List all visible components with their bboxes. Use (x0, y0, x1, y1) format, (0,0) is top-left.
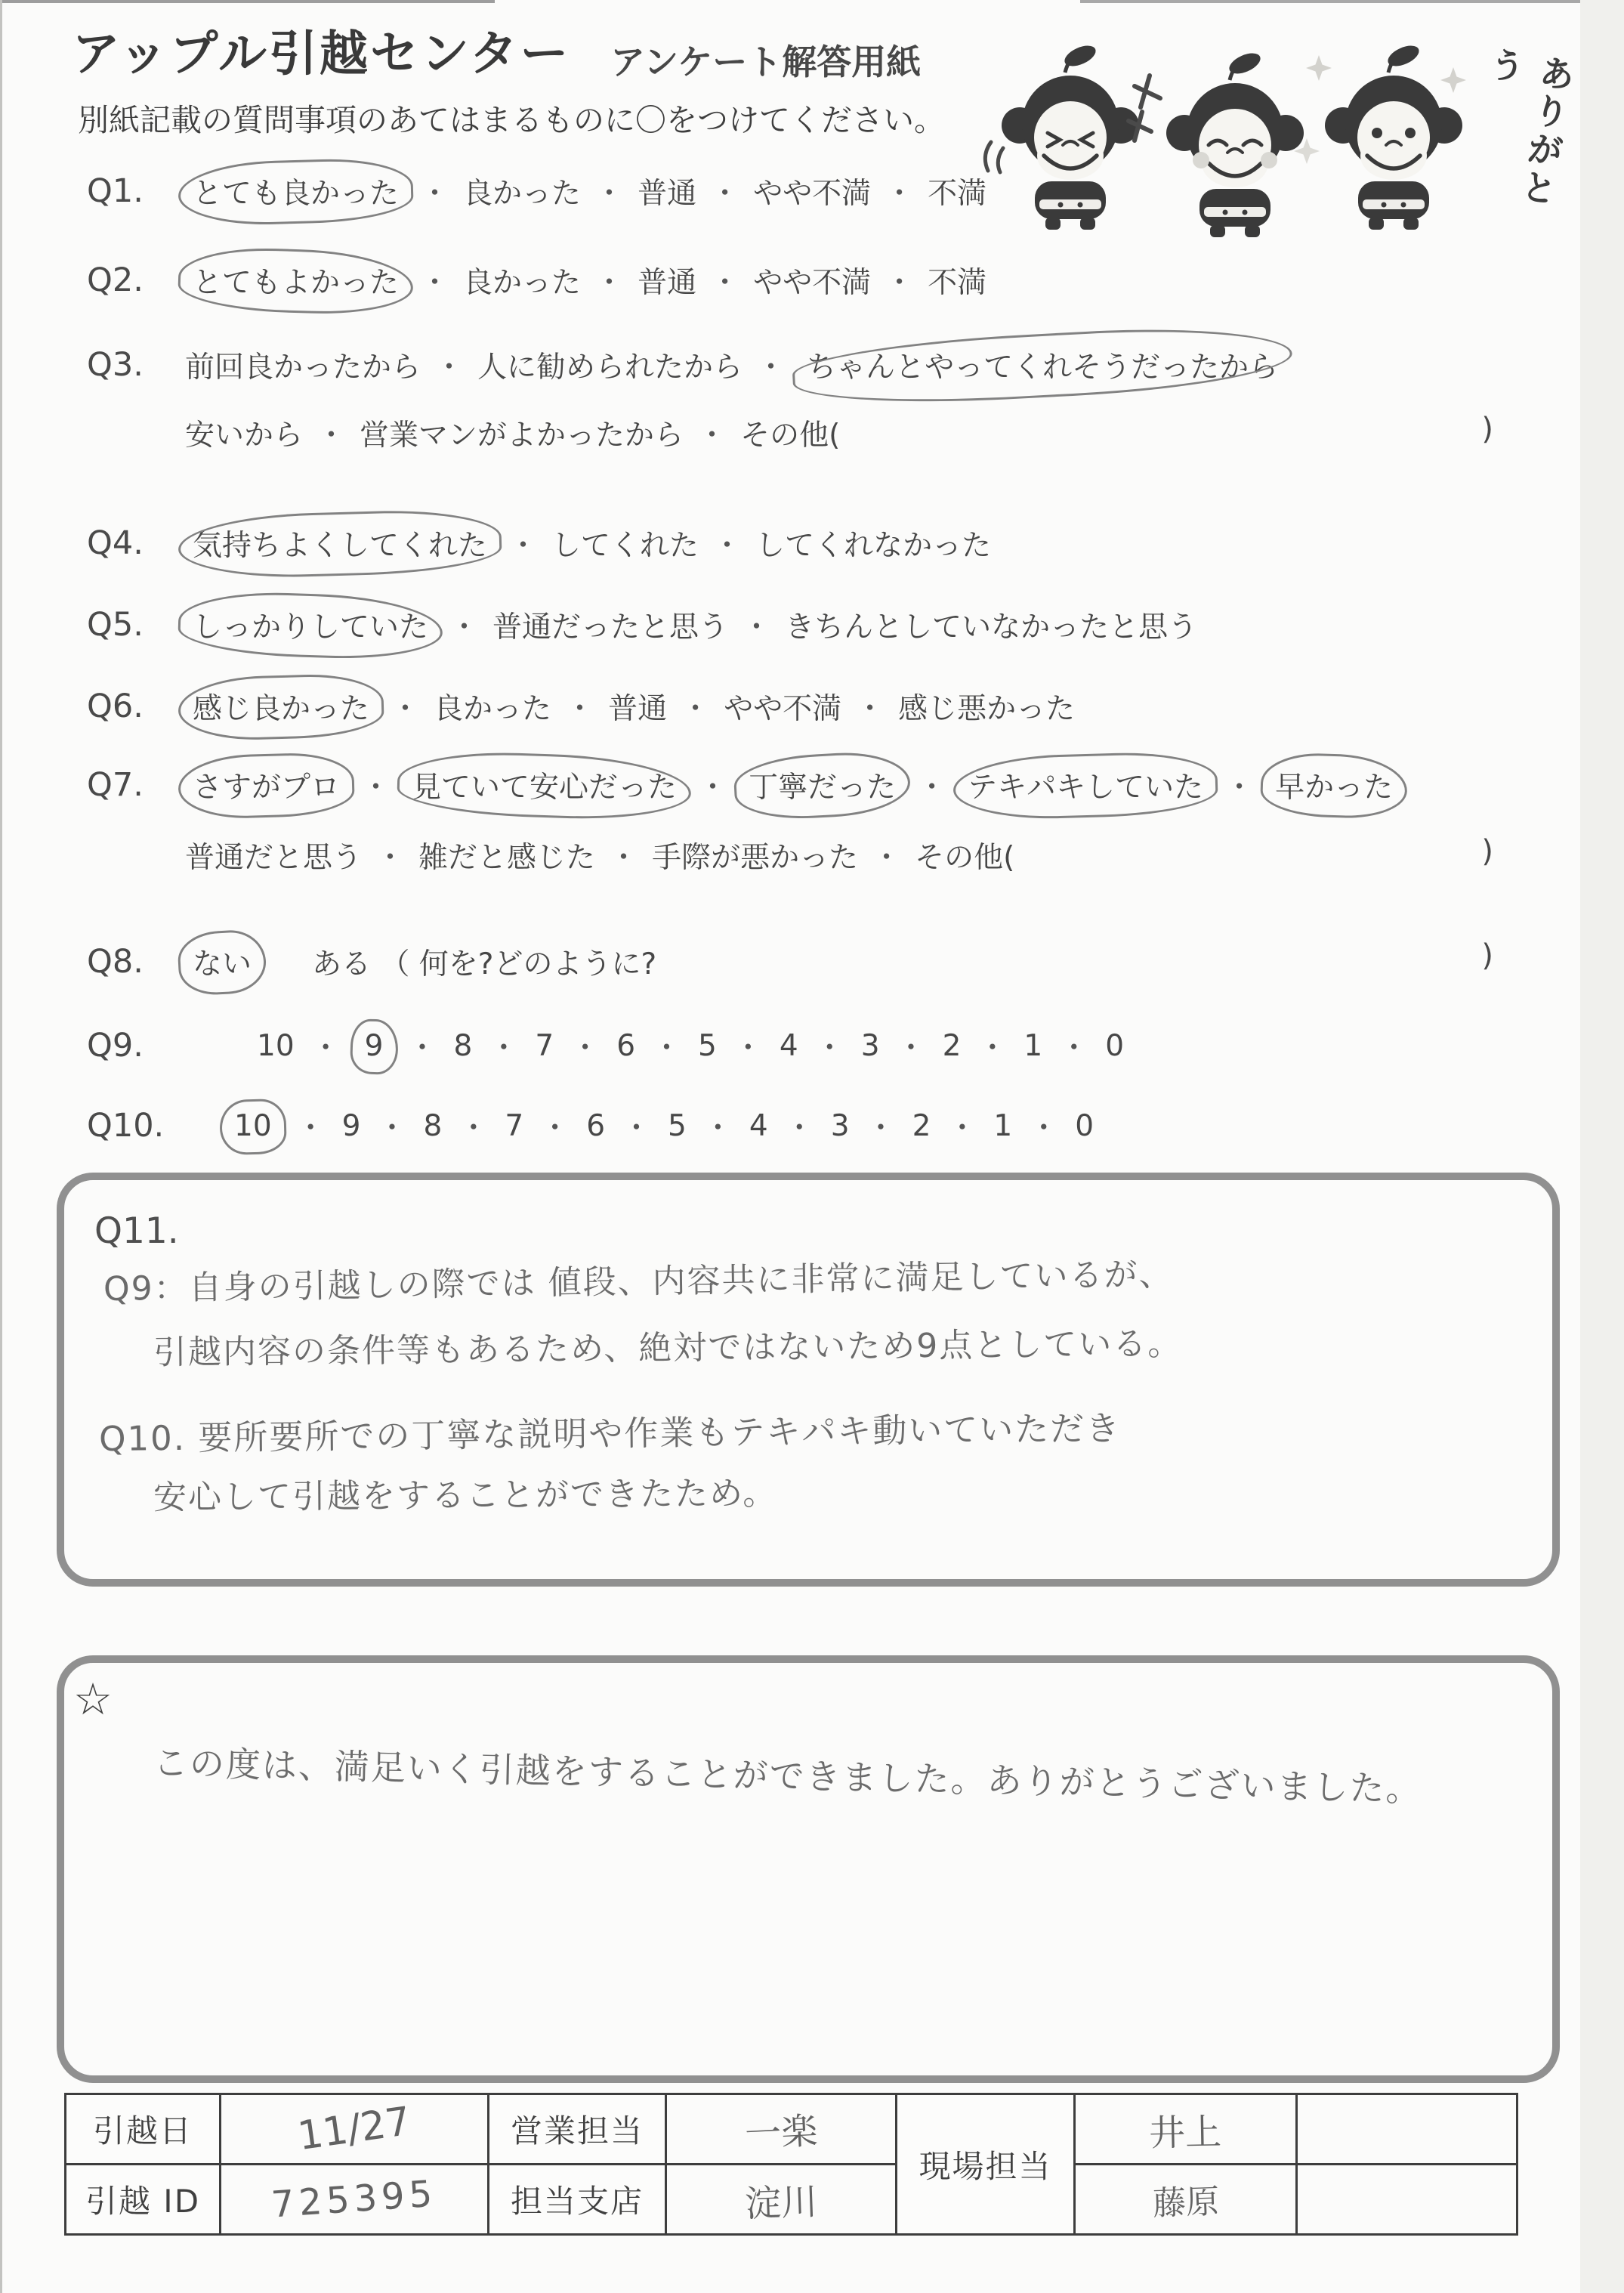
score-option: 8 (424, 1109, 443, 1143)
question-label: Q9. (87, 1027, 185, 1065)
option-separator: ・ (594, 259, 624, 301)
scan-artifact-band (1580, 0, 1624, 2293)
option-separator: ・ (897, 1024, 926, 1067)
question-option: 普通 (638, 170, 696, 212)
option-separator: ・ (872, 834, 901, 876)
question-options: 感じ良かった ・ 良かった ・ 普通 ・ やや不満 ・ 感じ悪かった (185, 683, 1075, 730)
option-separator: ・ (652, 1024, 681, 1067)
question-option: 不満 (928, 259, 986, 301)
option-separator: ・ (855, 685, 885, 728)
question-options: 普通だと思う ・ 雑だと感じた ・ 手際が悪かった ・ その他( (185, 834, 1014, 876)
question-row-q7: Q7. さすがプロ ・ 見ていて安心だった ・ 丁寧だった ・ テキパキしていた… (87, 762, 1400, 808)
option-separator: ・ (742, 604, 771, 646)
question-row-q3-cont: 安いから ・ 営業マンがよかったから ・ その他( ) (87, 412, 1493, 454)
branch-value: 淀川 (666, 2165, 897, 2235)
circled-answer: 気持ちよくしてくれた (185, 520, 495, 567)
question-row-q8: Q8. ない ある （ 何を?どのように? ) (87, 938, 1493, 985)
question-options: とてもよかった ・ 良かった ・ 普通 ・ やや不満 ・ 不満 (185, 257, 986, 304)
question-option: 不満 (928, 170, 986, 212)
option-separator: ・ (866, 1105, 896, 1147)
table-row: 引越日 11/27 営業担当 一楽 現場担当 井上 (66, 2094, 1517, 2165)
question-label: Q2. (87, 261, 185, 299)
question-option: 普通だと思う (185, 834, 362, 876)
question-option: 良かった (463, 170, 581, 212)
scan-artifact-line (0, 0, 2, 2293)
handwritten-value: 藤原 (1151, 2174, 1219, 2224)
sales-rep-value: 一楽 (666, 2094, 897, 2165)
option-separator: ・ (391, 685, 420, 728)
question-label: Q7. (87, 766, 185, 804)
score-option: 7 (535, 1029, 554, 1063)
close-paren: ) (1481, 412, 1493, 447)
open-eyes (1372, 128, 1382, 138)
star-icon: ☆ (73, 1673, 113, 1725)
score-option: 0 (1075, 1109, 1094, 1143)
circled-answer: しっかりしていた (185, 601, 436, 648)
circled-answer: 丁寧だった (741, 762, 903, 808)
score-scale: 10 ・ 9 ・ 8 ・ 7 ・ 6 ・ 5 ・ 4 ・ 3 ・ 2 ・ 1 ・… (257, 1024, 1124, 1067)
question-option: してくれなかった (755, 522, 991, 564)
field-staff-value-1: 井上 (1075, 2094, 1297, 2165)
handwritten-comment-line: Q9：自身の引越しの際では 値段、内容共に非常に満足しているが、 (103, 1247, 1174, 1310)
question-label: Q8. (87, 943, 185, 981)
field-staff-label: 現場担当 (897, 2094, 1075, 2235)
score-scale: 10 ・ 9 ・ 8 ・ 7 ・ 6 ・ 5 ・ 4 ・ 3 ・ 2 ・ 1 ・… (227, 1105, 1094, 1147)
branch-label: 担当支店 (489, 2165, 666, 2235)
option-separator: ・ (407, 1024, 437, 1067)
option-separator: ・ (885, 259, 914, 301)
score-option: 6 (616, 1029, 635, 1063)
question-row-q9: Q9. 10 ・ 9 ・ 8 ・ 7 ・ 6 ・ 5 ・ 4 ・ 3 ・ 2 ・… (87, 1024, 1124, 1067)
move-id-value: 725395 (221, 2165, 489, 2235)
option-separator: ・ (420, 259, 449, 301)
survey-sheet: アップル引越センター アンケート解答用紙 別紙記載の質問事項のあてはまるものに〇… (0, 0, 1624, 2293)
option-separator: ・ (508, 522, 538, 564)
score-option: 0 (1105, 1029, 1124, 1063)
option-separator: ・ (703, 1105, 733, 1147)
option-separator: ・ (609, 834, 638, 876)
question-row-q4: Q4. 気持ちよくしてくれた ・ してくれた ・ してくれなかった (87, 520, 991, 567)
option-separator: ・ (375, 834, 405, 876)
q11-comment-box: Q11. Q9：自身の引越しの際では 値段、内容共に非常に満足しているが、 引越… (57, 1173, 1560, 1587)
handwritten-value: 725395 (270, 2172, 439, 2226)
question-option: 手際が悪かった (652, 834, 858, 876)
question-option: ある （ 何を?どのように? (312, 941, 656, 983)
move-date-value: 11/27 (221, 2094, 489, 2165)
question-option: 前回良かったから (185, 344, 421, 386)
question-option: 雑だと感じた (418, 834, 595, 876)
option-separator: ・ (885, 170, 914, 212)
option-separator: ・ (710, 170, 739, 212)
empty-cell (1297, 2094, 1517, 2165)
score-option: 5 (668, 1109, 687, 1143)
question-row-q10: Q10. 10 ・ 9 ・ 8 ・ 7 ・ 6 ・ 5 ・ 4 ・ 3 ・ 2 … (87, 1105, 1094, 1147)
option-separator: ・ (420, 170, 449, 212)
table-row: 引越 ID 725395 担当支店 淀川 藤原 (66, 2165, 1517, 2235)
question-option: 人に勧められたから (477, 344, 743, 386)
question-label-q11: Q11. (94, 1210, 179, 1252)
question-options: しっかりしていた ・ 普通だったと思う ・ きちんとしていなかったと思う (185, 601, 1197, 648)
option-separator: ・ (449, 604, 479, 646)
question-option: 感じ悪かった (898, 685, 1075, 728)
option-separator: ・ (698, 764, 727, 806)
question-option: してくれた (551, 522, 699, 564)
scan-artifact-line (0, 0, 495, 3)
option-separator: ・ (785, 1105, 814, 1147)
handwritten-comment-line: この度は、満足いく引越をすることができました。ありがとうございました。 (153, 1735, 1422, 1812)
option-separator: ・ (733, 1024, 763, 1067)
score-option: 4 (749, 1109, 768, 1143)
company-title: アップル引越センター (72, 15, 570, 85)
circled-answer: 10 (227, 1107, 279, 1145)
score-option: 4 (780, 1029, 798, 1063)
option-separator: ・ (361, 764, 391, 806)
circled-answer: ちゃんとやってくれそうだったから (799, 341, 1286, 388)
option-separator: ・ (570, 1024, 600, 1067)
question-option: 良かった (463, 259, 581, 301)
question-options: 気持ちよくしてくれた ・ してくれた ・ してくれなかった (185, 520, 991, 567)
open-eyes (1405, 128, 1416, 138)
option-separator: ・ (815, 1024, 844, 1067)
sparkle-icon (1306, 55, 1332, 81)
question-label: Q10. (87, 1107, 185, 1145)
circled-answer: とても良かった (185, 168, 406, 215)
monkey-mascot-1 (1002, 42, 1139, 230)
option-separator: ・ (712, 522, 742, 564)
question-options: さすがプロ ・ 見ていて安心だった ・ 丁寧だった ・ テキパキしていた ・ 早… (185, 762, 1400, 808)
option-separator: ・ (296, 1105, 326, 1147)
score-option: 10 (257, 1029, 295, 1063)
question-options: ない ある （ 何を?どのように? (185, 938, 656, 985)
option-separator: ・ (1059, 1024, 1088, 1067)
score-option: 9 (342, 1109, 361, 1143)
score-option: 1 (993, 1109, 1012, 1143)
motion-lines (985, 142, 1003, 172)
question-option: 良かった (434, 685, 551, 728)
question-option: やや不満 (724, 685, 841, 728)
question-option: 普通だったと思う (492, 604, 728, 646)
circled-answer: とてもよかった (185, 257, 406, 304)
question-option: やや不満 (753, 170, 871, 212)
option-separator: ・ (697, 412, 727, 454)
sheet-title: アンケート解答用紙 (610, 35, 921, 85)
handwritten-value: 一楽 (743, 2101, 818, 2157)
question-options: とても良かった ・ 良かった ・ 普通 ・ やや不満 ・ 不満 (185, 168, 986, 215)
score-option: 1 (1023, 1029, 1042, 1063)
question-options: 安いから ・ 営業マンがよかったから ・ その他( (185, 412, 840, 454)
handwritten-comment-line: 安心して引越をすることができたため。 (153, 1466, 778, 1519)
monkey-mascot-2 (1166, 49, 1304, 237)
question-option: 普通 (608, 685, 667, 728)
option-separator: ・ (622, 1105, 651, 1147)
close-paren: ) (1481, 834, 1493, 869)
option-separator: ・ (947, 1105, 977, 1147)
cheek (1261, 152, 1277, 168)
question-row-q5: Q5. しっかりしていた ・ 普通だったと思う ・ きちんとしていなかったと思う (87, 601, 1197, 648)
move-id-label: 引越 ID (66, 2165, 221, 2235)
option-separator: ・ (1224, 764, 1254, 806)
option-separator: ・ (377, 1105, 406, 1147)
option-separator: ・ (1029, 1105, 1058, 1147)
question-row-q3: Q3. 前回良かったから ・ 人に勧められたから ・ ちゃんとやってくれそうだっ… (87, 341, 1286, 388)
option-separator: ・ (489, 1024, 518, 1067)
footer-info-table: 引越日 11/27 営業担当 一楽 現場担当 井上 引越 ID 725395 担… (64, 2093, 1518, 2236)
handwritten-value: 11/27 (295, 2099, 414, 2159)
option-separator: ・ (594, 170, 624, 212)
cheek (1193, 152, 1209, 168)
question-option: その他( (915, 834, 1014, 876)
option-separator: ・ (434, 344, 464, 386)
circled-answer: ない (185, 938, 259, 985)
question-label: Q6. (87, 688, 185, 725)
handwritten-value: 淀川 (744, 2172, 818, 2227)
sparkle-icon (1440, 67, 1466, 93)
score-option: 3 (831, 1109, 850, 1143)
score-option: 7 (505, 1109, 523, 1143)
question-row-q6: Q6. 感じ良かった ・ 良かった ・ 普通 ・ やや不満 ・ 感じ悪かった (87, 683, 1075, 730)
monkey-mascots-illustration (980, 21, 1479, 248)
monkey-mascot-3 (1325, 42, 1462, 230)
sales-rep-label: 営業担当 (489, 2094, 666, 2165)
option-separator: ・ (565, 685, 594, 728)
option-separator: ・ (540, 1105, 570, 1147)
close-paren: ) (1481, 938, 1493, 973)
question-option: 普通 (638, 259, 696, 301)
handwritten-comment-line: 引越内容の条件等もあるため、絶対ではないため9点としている。 (153, 1316, 1183, 1374)
question-option: 営業マンがよかったから (360, 412, 684, 454)
question-label: Q1. (87, 172, 185, 210)
score-option: 2 (912, 1109, 931, 1143)
option-separator: ・ (917, 764, 946, 806)
circled-answer: 見ていて安心だった (404, 762, 684, 808)
handwritten-value: 井上 (1149, 2103, 1222, 2156)
option-separator: ・ (458, 1105, 488, 1147)
option-separator: ・ (316, 412, 346, 454)
move-date-label: 引越日 (66, 2094, 221, 2165)
question-label: Q3. (87, 346, 185, 384)
question-label: Q4. (87, 524, 185, 562)
empty-cell (1297, 2165, 1517, 2235)
option-separator: ・ (977, 1024, 1007, 1067)
scan-artifact-line (1080, 0, 1624, 3)
score-option: 6 (586, 1109, 605, 1143)
question-option: やや不満 (753, 259, 871, 301)
option-separator: ・ (681, 685, 710, 728)
question-row-q2: Q2. とてもよかった ・ 良かった ・ 普通 ・ やや不満 ・ 不満 (87, 257, 986, 304)
score-option: 2 (943, 1029, 962, 1063)
instruction-text: 別紙記載の質問事項のあてはまるものに〇をつけてください。 (78, 95, 945, 140)
handwritten-comment-line: Q10. 要所要所での丁寧な説明や作業もテキパキ動いていただき (99, 1401, 1122, 1460)
question-option: きちんとしていなかったと思う (785, 604, 1197, 646)
question-option: その他( (740, 412, 840, 454)
field-staff-value-2: 藤原 (1075, 2165, 1297, 2235)
option-separator: ・ (311, 1024, 341, 1067)
circled-answer: 9 (357, 1027, 391, 1065)
option-separator: ・ (756, 344, 786, 386)
free-comment-box: ☆ この度は、満足いく引越をすることができました。ありがとうございました。 (57, 1655, 1560, 2083)
circled-answer: 早かった (1267, 762, 1400, 808)
option-separator: ・ (710, 259, 739, 301)
circled-answer: さすがプロ (185, 762, 347, 808)
question-option: 安いから (185, 412, 303, 454)
score-option: 3 (861, 1029, 880, 1063)
circled-answer: 感じ良かった (185, 683, 377, 730)
question-row-q1: Q1. とても良かった ・ 良かった ・ 普通 ・ やや不満 ・ 不満 (87, 168, 986, 215)
circled-answer: テキパキしていた (960, 762, 1211, 808)
score-option: 8 (454, 1029, 473, 1063)
question-row-q7-cont: 普通だと思う ・ 雑だと感じた ・ 手際が悪かった ・ その他( ) (87, 834, 1493, 876)
question-label: Q5. (87, 606, 185, 644)
question-options: 前回良かったから ・ 人に勧められたから ・ ちゃんとやってくれそうだったから (185, 341, 1286, 388)
score-option: 5 (698, 1029, 717, 1063)
